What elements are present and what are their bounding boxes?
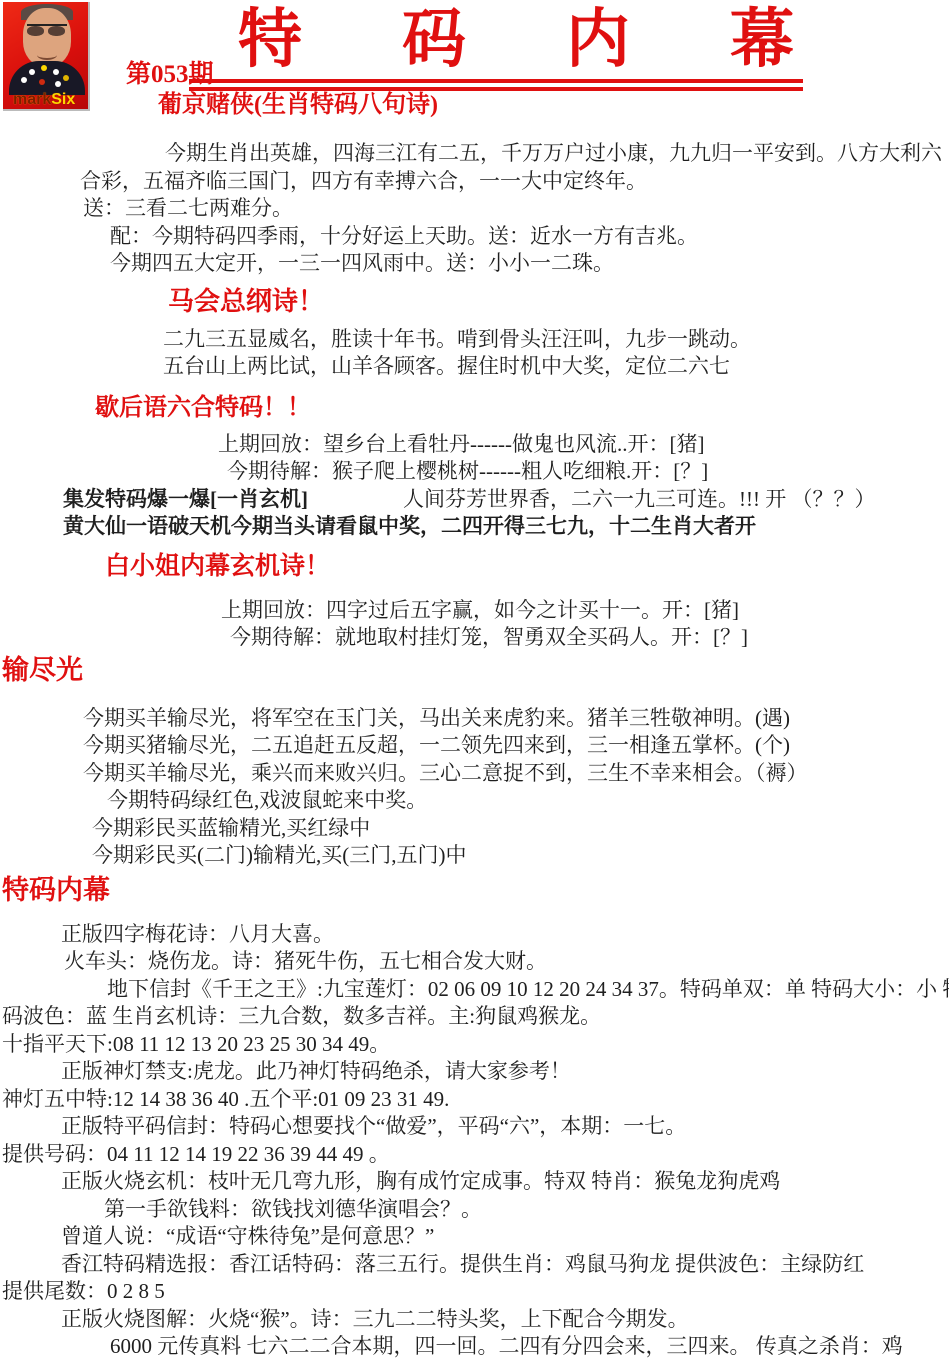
tip-line-feature: 集发特码爆一爆[一肖玄机]人间芬芳世界香，二六一九三可连。!!! 开 （？？） [63,486,949,514]
tip-line-bold: 黄大仙一语破天机今期当头请看鼠中奖，二四开得三七九，十二生肖大者开 [63,513,949,541]
section-heading-baixiaojie: 白小姐内幕玄机诗！ [105,551,949,583]
tip-line: 6000 元传真料 七六二二合本期，四一回。二四有分四会来，三四来。 传真之杀肖… [110,1333,949,1361]
poem-line: 配：今期特码四季雨，十分好运上天助。送：近水一方有吉兆。 [110,223,949,251]
logo-dots [29,69,35,75]
section-heading-temaneimu: 特码内幕 [2,874,949,907]
tip-line: 提供尾数：0 2 8 5 [2,1278,949,1306]
tip-line: 火车头：烧伤龙。诗：猪死牛伤，五七相合发大财。 [64,948,949,976]
sunglasses-icon [27,24,67,38]
tip-line: 今期买羊输尽光，乘兴而来败兴归。三心二意捉不到，三生不幸来相会。（褥） [83,760,949,788]
tip-line: 第一手欲钱料：欲钱找刘德华演唱会？。 [104,1196,949,1224]
tip-line: 码波色：蓝 生肖玄机诗：三九合数，数多吉祥。主:狗鼠鸡猴龙。 [2,1003,949,1031]
poem-line: 合彩，五福齐临三国门，四方有幸搏六合，一一大中定终年。 [80,168,949,196]
tip-line: 正版火烧图解：火烧“猴”。诗：三九二二特头奖，上下配合今期发。 [61,1306,949,1334]
content: 葡京赌侠(生肖特码八句诗) 今期生肖出英雄，四海三江有二五，千万万户过小康，九九… [0,90,949,1361]
poem-line: 送：三看二七两难分。 [83,195,949,223]
poem-line: 二九三五显威名，胜读十年书。啃到骨头汪汪叫，九步一跳动。 [163,326,949,354]
tip-line: 正版四字梅花诗：八月大喜。 [61,921,949,949]
tip-line: 今期彩民买(二门)输精光,买(三门,五门)中 [92,842,949,870]
tip-line: 曾道人说：“成语“守株待兔”是何意思？” [61,1223,949,1251]
tip-line: 正版火烧玄机：枝叶无几弯九形，胸有成竹定成事。特双 特肖：猴兔龙狗虎鸡 [61,1168,949,1196]
tip-line: 正版神灯禁支:虎龙。此乃神灯特码绝杀，请大家参考！ [61,1058,949,1086]
tip-line: 今期买猪输尽光，二五追赶五反超，一二领先四来到，三一相逢五掌杯。(个) [83,732,949,760]
tip-line: 今期彩民买蓝输精光,买红绿中 [92,815,949,843]
tip-line: 神灯五中特:12 14 38 36 40 .五个平:01 09 23 31 49… [2,1086,949,1114]
section-heading-pujing: 葡京赌侠(生肖特码八句诗) [158,90,949,120]
tip-line: 地下信封《千王之王》:九宝莲灯：02 06 09 10 12 20 24 34 … [107,976,949,1004]
section-heading-shujinguang: 输尽光 [2,654,949,687]
section-heading-mahui: 马会总纲诗！ [168,286,949,318]
feature-rest: 人间芬芳世界香，二六一九三可连。!!! 开 （？？） [403,487,875,511]
poem-line: 今期生肖出英雄，四海三江有二五，千万万户过小康，九九归一平安到。八方大利六 [165,140,949,168]
section-heading-xiehouyu: 歇后语六合特码！！ [95,393,949,423]
poem-line: 今期四五大定开，一三一四风雨中。送：小小一二珠。 [110,250,949,278]
tip-line: 今期特码绿红色,戏波鼠蛇来中奖。 [107,787,949,815]
tip-line: 今期待解：就地取村挂灯笼，智勇双全买码人。开：[？] [230,624,949,652]
tip-line: 正版特平码信封：特码心想要找个“做爱”，平码“六”，本期：一七。 [61,1113,949,1141]
tip-line: 上期回放：望乡台上看牡丹------做鬼也风流..开：[猪] [218,431,949,459]
flyer-page: markSix 第053期 特码内幕 葡京赌侠(生肖特码八句诗) 今期生肖出英雄… [0,0,949,1369]
logo-smile [37,50,57,60]
feature-prefix: 集发特码爆一爆[一肖玄机] [63,487,308,511]
poem-line: 五台山上两比试，山羊各顾客。握住时机中大奖，定位二六七 [163,353,949,381]
page-title: 特码内幕 [238,4,894,76]
tip-line: 今期买羊输尽光，将军空在玉门关，马出关来虎豹来。猪羊三牲敬神明。(遇) [83,705,949,733]
tip-line: 香江特码精选报：香江话特码：落三五行。提供生肖：鸡鼠马狗龙 提供波色：主绿防红 [61,1251,949,1279]
tip-line: 提供号码：04 11 12 14 19 22 36 39 44 49 。 [2,1141,949,1169]
tip-line: 上期回放：四字过后五字赢，如今之计买十一。开：[猪] [221,597,949,625]
tip-line: 今期待解：猴子爬上樱桃树------粗人吃细粮.开：[？] [227,458,949,486]
tip-line: 十指平天下:08 11 12 13 20 23 25 30 34 49。 [2,1031,949,1059]
